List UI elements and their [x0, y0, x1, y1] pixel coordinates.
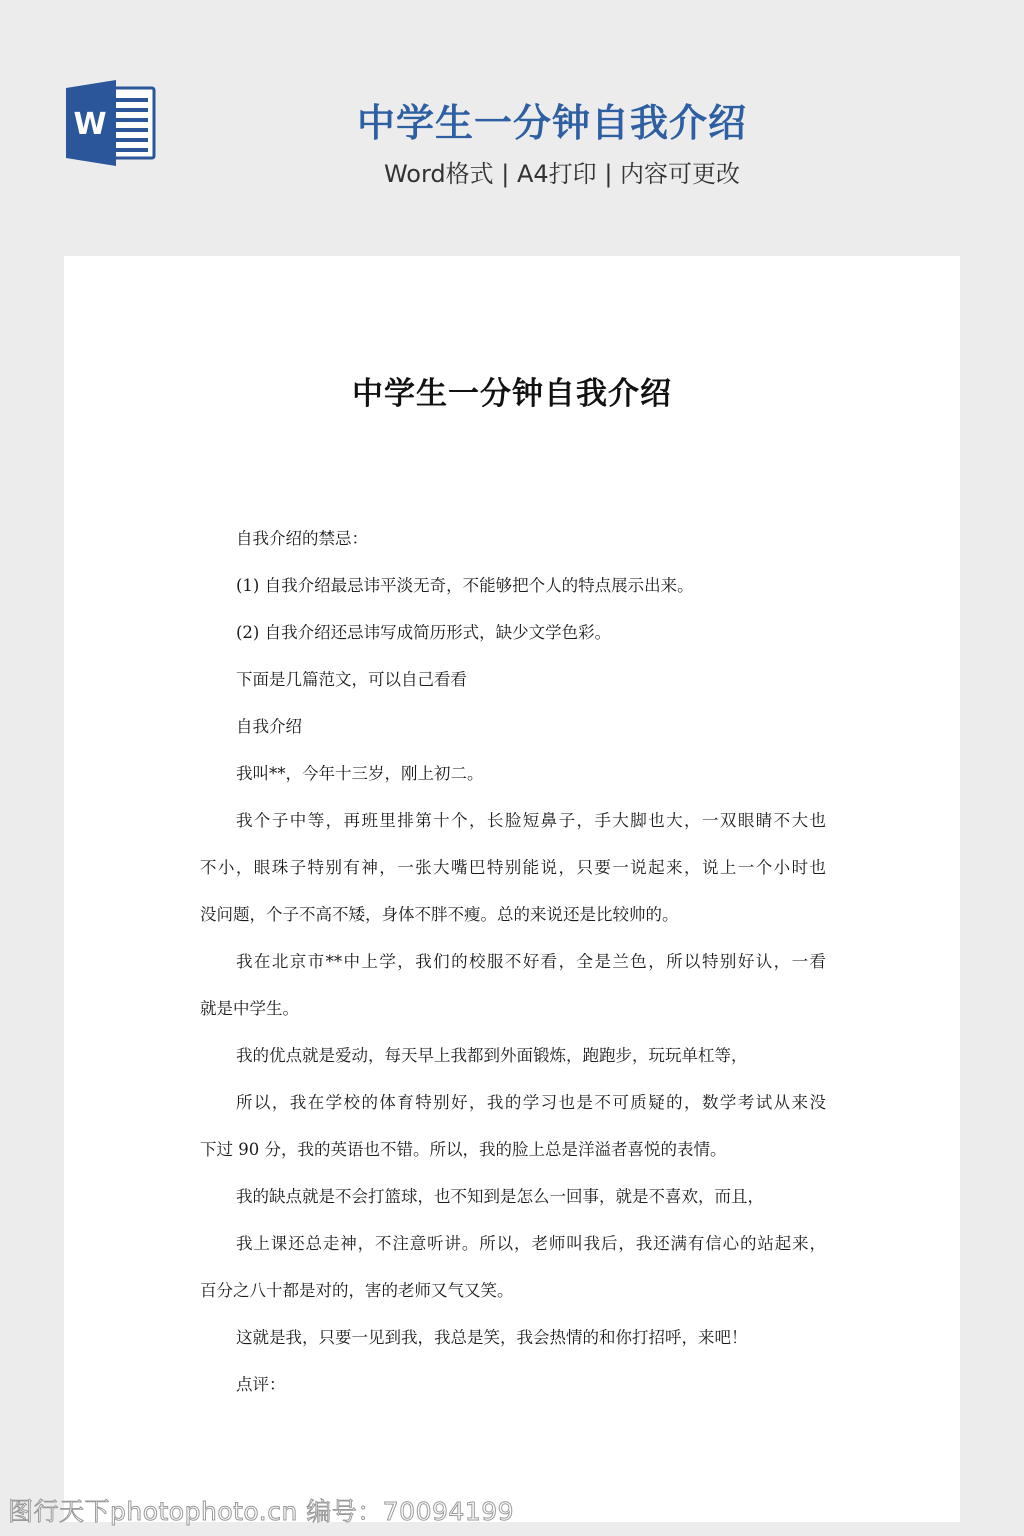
paragraph: 我个子中等，再班里排第十个，长脸短鼻子，手大脚也大，一双眼睛不大也	[200, 797, 826, 844]
paragraph: 我叫**，今年十三岁，刚上初二。	[200, 750, 826, 797]
header: W 中学生一分钟自我介绍 Word格式 | A4打印 | 内容可更改	[0, 0, 1024, 256]
paragraph: 所以，我在学校的体育特别好，我的学习也是不可质疑的，数学考试从来没	[200, 1079, 826, 1126]
header-title: 中学生一分钟自我介绍	[0, 92, 1024, 147]
paragraph: 我的缺点就是不会打篮球，也不知到是怎么一回事，就是不喜欢，而且，	[200, 1173, 826, 1220]
paragraph: 没问题，个子不高不矮，身体不胖不瘦。总的来说还是比较帅的。	[200, 891, 826, 938]
paragraph: 下面是几篇范文，可以自己看看	[200, 656, 826, 703]
paragraph: 不小，眼珠子特别有神，一张大嘴巴特别能说，只要一说起来，说上一个小时也	[200, 844, 826, 891]
paragraph: (2) 自我介绍还忌讳写成简历形式，缺少文学色彩。	[200, 609, 826, 656]
paragraph: 自我介绍的禁忌：	[200, 515, 826, 562]
watermark: 图行天下photophoto.cn 编号：70094199	[8, 1492, 514, 1528]
paragraph: 我在北京市**中上学，我们的校服不好看，全是兰色，所以特别好认，一看	[200, 938, 826, 985]
document-body: 自我介绍的禁忌： (1) 自我介绍最忌讳平淡无奇，不能够把个人的特点展示出来。 …	[200, 515, 826, 1408]
paragraph: 下过 90 分，我的英语也不错。所以，我的脸上总是洋溢者喜悦的表情。	[200, 1126, 826, 1173]
paragraph: 就是中学生。	[200, 985, 826, 1032]
paragraph: (1) 自我介绍最忌讳平淡无奇，不能够把个人的特点展示出来。	[200, 562, 826, 609]
paragraph: 我上课还总走神，不注意听讲。所以，老师叫我后，我还满有信心的站起来，	[200, 1220, 826, 1267]
paragraph: 我的优点就是爱动，每天早上我都到外面锻炼，跑跑步，玩玩单杠等，	[200, 1032, 826, 1079]
paragraph: 这就是我，只要一见到我，我总是笑，我会热情的和你打招呼，来吧！	[200, 1314, 826, 1361]
paragraph: 自我介绍	[200, 703, 826, 750]
header-subtitle: Word格式 | A4打印 | 内容可更改	[0, 154, 1024, 189]
document-title: 中学生一分钟自我介绍	[64, 368, 960, 413]
paragraph: 百分之八十都是对的，害的老师又气又笑。	[200, 1267, 826, 1314]
paragraph: 点评：	[200, 1361, 826, 1408]
document-page: 中学生一分钟自我介绍 自我介绍的禁忌： (1) 自我介绍最忌讳平淡无奇，不能够把…	[64, 256, 960, 1522]
